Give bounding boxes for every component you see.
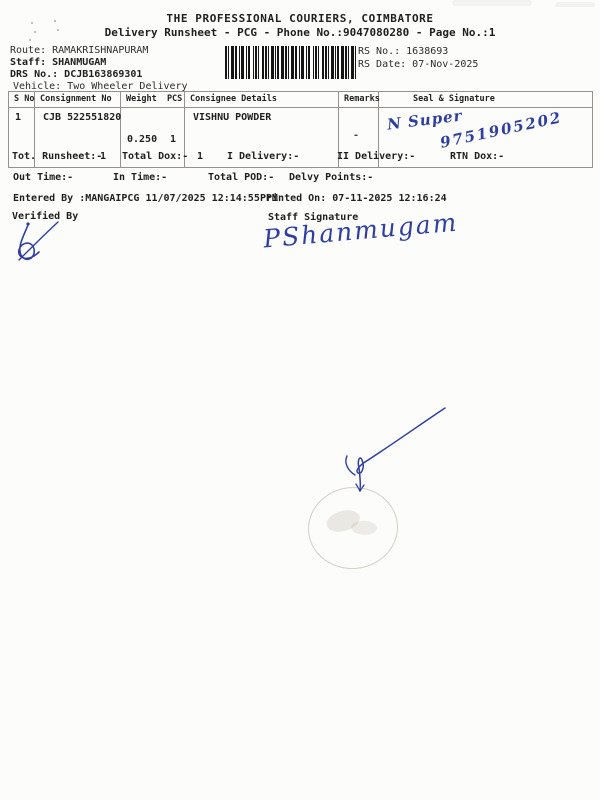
tot-runsheet-label: Tot. Runsheet:- [12, 151, 102, 162]
col-header-consignee: Consignee Details [185, 92, 339, 108]
weight-value: 0.250 [127, 134, 157, 145]
rs-no-line: RS No.:1638693 [358, 46, 448, 57]
i-delivery-label: I Delivery:- [227, 151, 299, 162]
rtn-dox-label: RTN Dox:- [450, 151, 504, 162]
out-time-label: Out Time:- [13, 172, 73, 183]
document-subtitle: Delivery Runsheet - PCG - Phone No.:9047… [0, 26, 600, 39]
printed-on-value: 07-11-2025 12:16:24 [332, 193, 446, 204]
drs-line: DRS No.:DCJB163869301 [10, 69, 142, 80]
rs-date-value: 07-Nov-2025 [412, 59, 478, 70]
route-label: Route: [10, 45, 46, 56]
table-header-row: S No Consignment No Weight PCS Consignee… [9, 92, 593, 108]
tot-runsheet-value: 1 [100, 151, 106, 162]
total-pod-label: Total POD:- [208, 172, 274, 183]
total-dox-value: 1 [197, 151, 203, 162]
verified-by-signature [12, 215, 72, 267]
drs-label: DRS No.: [10, 69, 58, 80]
col-header-consignment: Consignment No [35, 92, 121, 108]
entered-by-label: Entered By : [13, 193, 85, 204]
rs-date-label: RS Date: [358, 59, 406, 70]
printed-on-line: Printed On:07-11-2025 12:16:24 [260, 193, 447, 204]
rs-no-value: 1638693 [406, 46, 448, 57]
rs-date-line: RS Date:07-Nov-2025 [358, 59, 478, 70]
staff-label: Staff: [10, 57, 46, 68]
scan-smudge [555, 2, 595, 7]
route-value: RAMAKRISHNAPURAM [52, 45, 148, 56]
delivery-runsheet-document: THE PROFESSIONAL COURIERS, COIMBATORE De… [0, 0, 600, 800]
in-time-label: In Time:- [113, 172, 167, 183]
rs-no-label: RS No.: [358, 46, 400, 57]
delvy-points-label: Delvy Points:- [289, 172, 373, 183]
handwritten-receiver-name: N Super [386, 106, 463, 133]
staff-value: SHANMUGAM [52, 57, 106, 68]
barcode-icon [225, 46, 356, 79]
pcs-value: 1 [170, 134, 176, 145]
staff-line: Staff:SHANMUGAM [10, 57, 106, 68]
total-dox-label: Total Dox:- [122, 151, 188, 162]
drs-value: DCJB163869301 [64, 69, 142, 80]
route-line: Route:RAMAKRISHNAPURAM [10, 45, 148, 56]
col-header-remarks: Remarks [339, 92, 379, 108]
col-header-sno: S No [9, 92, 35, 108]
col-header-weight-pcs: Weight PCS [121, 92, 185, 108]
entered-by-value: MANGAIPCG 11/07/2025 12:14:55 PM [85, 193, 278, 204]
col-header-seal-signature: Seal & Signature [379, 92, 593, 108]
scan-smudge [452, 0, 532, 6]
ii-delivery-label: II Delivery:- [337, 151, 415, 162]
remarks-mark: - [345, 112, 378, 141]
printed-on-label: Printed On: [260, 193, 326, 204]
pen-flourish-mark [333, 398, 458, 498]
scan-artifact-dot [29, 39, 31, 41]
stamp-faint-mark [351, 520, 377, 535]
company-title: THE PROFESSIONAL COURIERS, COIMBATORE [0, 12, 600, 25]
entered-by-line: Entered By :MANGAIPCG 11/07/2025 12:14:5… [13, 193, 278, 204]
